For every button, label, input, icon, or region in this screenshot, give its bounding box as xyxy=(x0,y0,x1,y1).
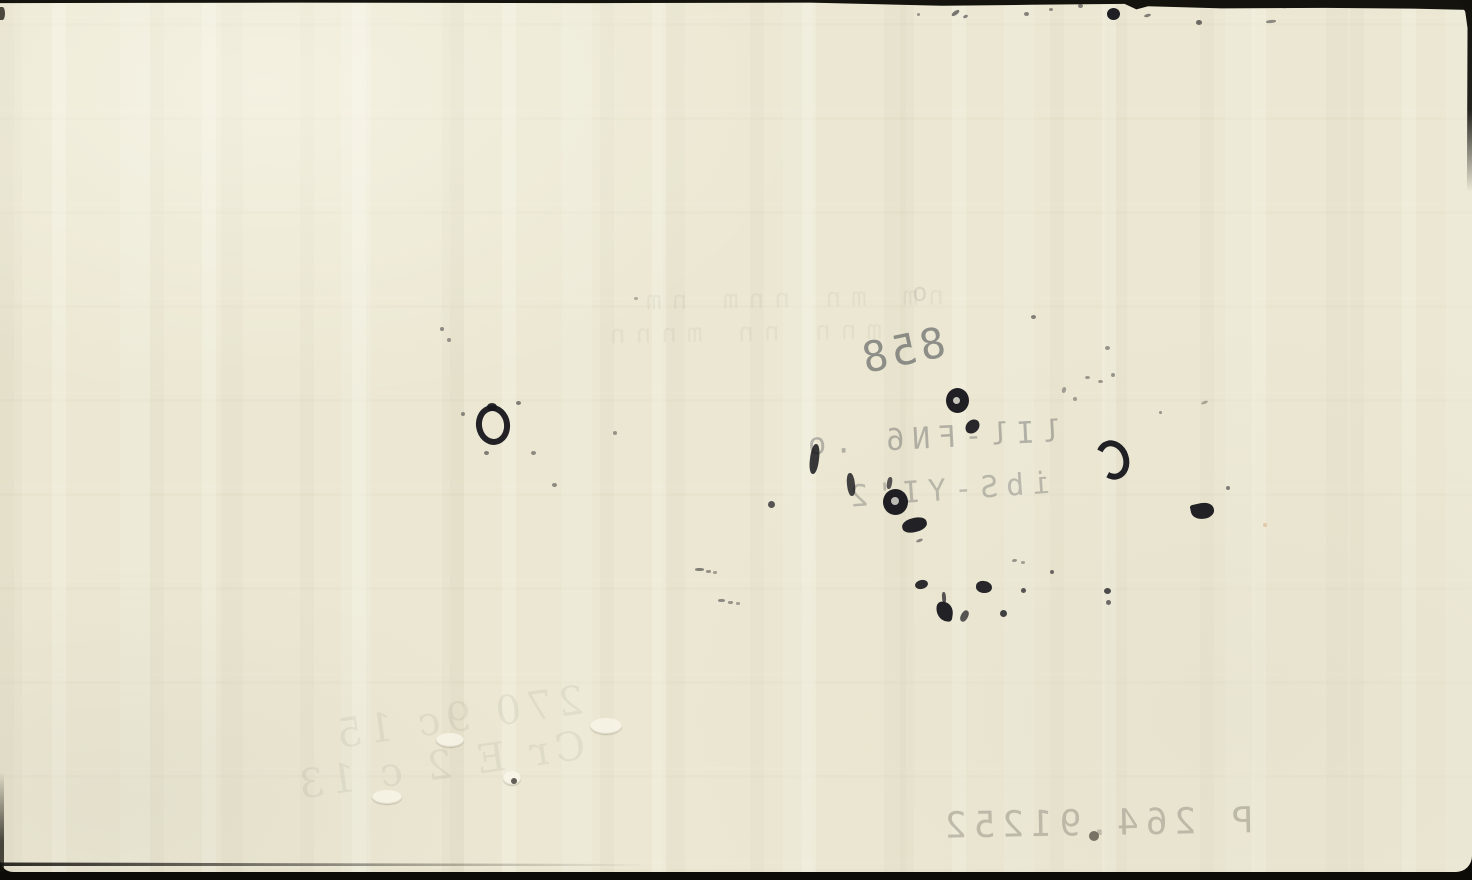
ink-spot xyxy=(1073,397,1077,401)
ink-spot xyxy=(808,444,821,475)
ink-spots-layer xyxy=(0,0,1472,872)
ink-spot xyxy=(728,601,733,604)
ink-spot xyxy=(634,297,638,300)
ink-spot xyxy=(1089,831,1099,841)
ink-spot xyxy=(695,568,704,571)
ink-spot xyxy=(901,515,929,535)
ink-spot xyxy=(487,403,497,411)
ink-spot xyxy=(1085,376,1090,379)
ink-spot xyxy=(886,477,893,490)
ink-spot xyxy=(511,778,517,784)
ink-spot xyxy=(942,592,947,603)
ink-spot xyxy=(1106,600,1111,605)
scanned-card: 858lIl-FN6 .oibS-YI'2onm mn nnm nmmnn nn… xyxy=(0,0,1472,880)
ink-spot xyxy=(1144,13,1152,18)
ink-spot xyxy=(718,599,725,602)
ink-spot xyxy=(914,579,929,591)
ink-spot xyxy=(736,602,740,605)
ink-spot xyxy=(963,14,969,19)
ink-spot xyxy=(1021,561,1025,564)
ink-spot xyxy=(768,501,775,508)
ink-spot xyxy=(1078,4,1083,8)
ink-spot xyxy=(1024,12,1029,16)
ink-spot xyxy=(1061,387,1066,394)
ink-spot xyxy=(1050,570,1054,574)
scan-edge-left-bottom xyxy=(0,772,4,872)
ink-spot xyxy=(916,538,924,543)
ink-spot xyxy=(613,431,617,435)
ink-spot xyxy=(1091,436,1135,484)
ink-spot xyxy=(1098,380,1103,383)
ink-spot xyxy=(440,327,444,331)
ink-spot xyxy=(531,451,536,455)
ink-spot xyxy=(1107,8,1120,20)
ink-spot xyxy=(1000,610,1007,617)
paper-fleck xyxy=(891,497,899,505)
ink-spot xyxy=(1031,315,1036,319)
ink-spot xyxy=(552,483,557,487)
ink-spot xyxy=(461,412,465,416)
ink-spot xyxy=(1201,400,1209,405)
ink-spot xyxy=(846,473,856,497)
ink-spot xyxy=(964,417,981,436)
ink-spot xyxy=(484,451,489,455)
ink-spot xyxy=(1190,501,1216,521)
ink-spot xyxy=(1105,346,1110,350)
ink-spot xyxy=(1104,588,1111,594)
scan-edge-left-nick xyxy=(0,7,5,20)
ink-spot xyxy=(1111,373,1115,377)
ink-spot xyxy=(1159,411,1162,414)
ink-spot xyxy=(1021,588,1026,593)
ink-spot xyxy=(1049,8,1053,11)
ink-spot xyxy=(1226,486,1230,490)
paper-fleck xyxy=(953,397,960,404)
ink-spot xyxy=(959,609,971,623)
ink-spot xyxy=(935,601,954,622)
ink-spot xyxy=(706,570,711,573)
ink-spot xyxy=(1263,523,1267,527)
ink-spot xyxy=(713,571,717,574)
ink-spot xyxy=(976,580,993,593)
ink-spot xyxy=(1196,20,1202,25)
ink-spot xyxy=(516,401,521,405)
ink-spot xyxy=(951,9,961,17)
ink-spot xyxy=(917,13,920,16)
ink-spot xyxy=(447,338,451,342)
ink-spot xyxy=(1012,559,1017,563)
ink-spot xyxy=(1266,20,1276,24)
card-paper: 858lIl-FN6 .oibS-YI'2onm mn nnm nmmnn nn… xyxy=(0,0,1472,872)
